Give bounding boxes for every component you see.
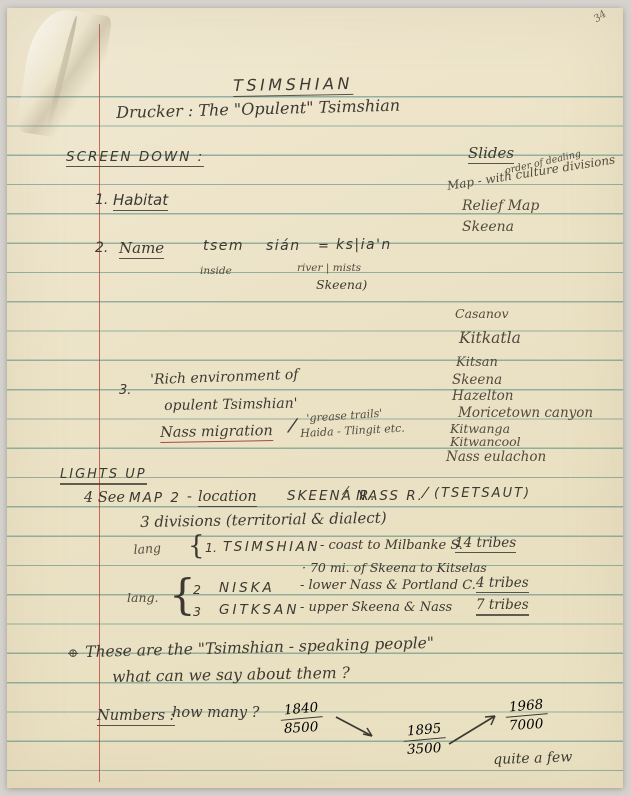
fraction-year: 1968: [504, 696, 548, 718]
group-1-name: TSIMSHIAN: [223, 539, 320, 555]
group-2-row-1-desc: - lower Nass & Portland C.: [300, 578, 476, 593]
item-1-label: Habitat: [113, 191, 168, 211]
slide-item: Nass eulachon: [446, 449, 546, 465]
population-fraction-1968: 1968 7000: [505, 698, 547, 733]
slide-item: Skeena: [452, 372, 502, 388]
group-2-brace: {: [169, 574, 196, 616]
item-4-nass-river: NASS R.: [356, 488, 424, 504]
item-2-number: 2.: [95, 240, 108, 256]
item-2-word-tsem: tsem: [203, 238, 244, 254]
scanned-note-page: 34 TSIMSHIAN Drucker : The "Opulent" Tsi…: [0, 0, 631, 796]
item-3-line-2: opulent Tsimshian': [164, 396, 298, 414]
slide-item: Kitwancool: [450, 434, 521, 449]
numbers-label: Numbers :: [97, 708, 175, 726]
group-1-tribe-count: 14 tribes: [455, 535, 516, 553]
item-4-map-label: MAP 2: [129, 490, 181, 506]
fraction-value: 8500: [284, 719, 319, 737]
slide-item: Casanov: [455, 306, 509, 321]
group-2-row-2-tribe-count: 7 tribes: [476, 597, 529, 616]
group-2-row-2-number: 3: [193, 604, 201, 619]
population-fraction-1840: 1840 8500: [280, 701, 322, 736]
numbers-question: how many ?: [172, 705, 259, 721]
item-2-gloss-skeena: Skeena): [316, 277, 367, 292]
group-2-row-1-name: NISKA: [219, 580, 275, 596]
red-margin-line: [99, 24, 100, 782]
lights-up-label: LIGHTS UP: [60, 467, 147, 485]
item-3-nass-migration: Nass migration: [160, 423, 273, 443]
group-2-row-1-number: 2: [193, 582, 201, 597]
note-title: TSIMSHIAN: [233, 74, 353, 97]
numbers-closing: quite a few: [493, 749, 573, 768]
slide-item: Hazelton: [452, 388, 514, 404]
fraction-value: 3500: [407, 740, 442, 758]
fraction-value: 7000: [509, 716, 544, 734]
group-1-lang-label: lang: [133, 540, 161, 557]
slide-item: Skeena: [462, 219, 514, 235]
slide-item: Kitkatla: [459, 329, 521, 347]
group-1-brace: {: [188, 533, 205, 559]
item-4-dash: -: [187, 489, 192, 505]
item-2-gloss-river-mists: river | mists: [297, 262, 361, 274]
item-4-location: location: [198, 489, 257, 507]
group-1-desc: - coast to Milbanke S.: [320, 538, 463, 553]
group-1-desc-2: · 70 mi. of Skeena to Kitselas: [302, 560, 487, 575]
arrow-right-down-icon: [334, 712, 380, 742]
group-1-number: 1.: [205, 540, 217, 555]
item-4-intro: 4 See: [84, 490, 125, 506]
slides-heading: Slides: [468, 144, 514, 164]
group-2-lang-label: lang.: [127, 590, 158, 605]
item-2-word-ksian: ks|ia'n: [336, 237, 392, 253]
margin-mark: ⊕: [68, 646, 78, 660]
slide-item: Relief Map: [462, 198, 539, 214]
group-2-row-2-name: GITKSAN: [219, 602, 299, 618]
group-2-row-2-desc: - upper Skeena & Nass: [300, 600, 452, 615]
item-2-label: Name: [119, 239, 164, 259]
screen-down-label: SCREEN DOWN :: [66, 149, 204, 167]
item-4-tsetsaut: (TSETSAUT): [434, 486, 531, 501]
item-2-equals: =: [318, 239, 329, 254]
item-2-gloss-inside: inside: [200, 265, 232, 277]
population-fraction-1895: 1895 3500: [403, 722, 445, 757]
slide-item: Kitsan: [456, 355, 498, 370]
group-2-row-1-tribe-count: 4 tribes: [476, 575, 529, 593]
item-2-word-sian: sián: [266, 238, 301, 254]
item-3-number: 3.: [119, 383, 131, 398]
item-1-number: 1.: [95, 192, 108, 208]
fraction-year: 1840: [279, 699, 323, 721]
fraction-year: 1895: [402, 720, 446, 742]
arrow-right-up-icon: [447, 708, 503, 748]
slide-item: Moricetown canyon: [458, 405, 593, 421]
